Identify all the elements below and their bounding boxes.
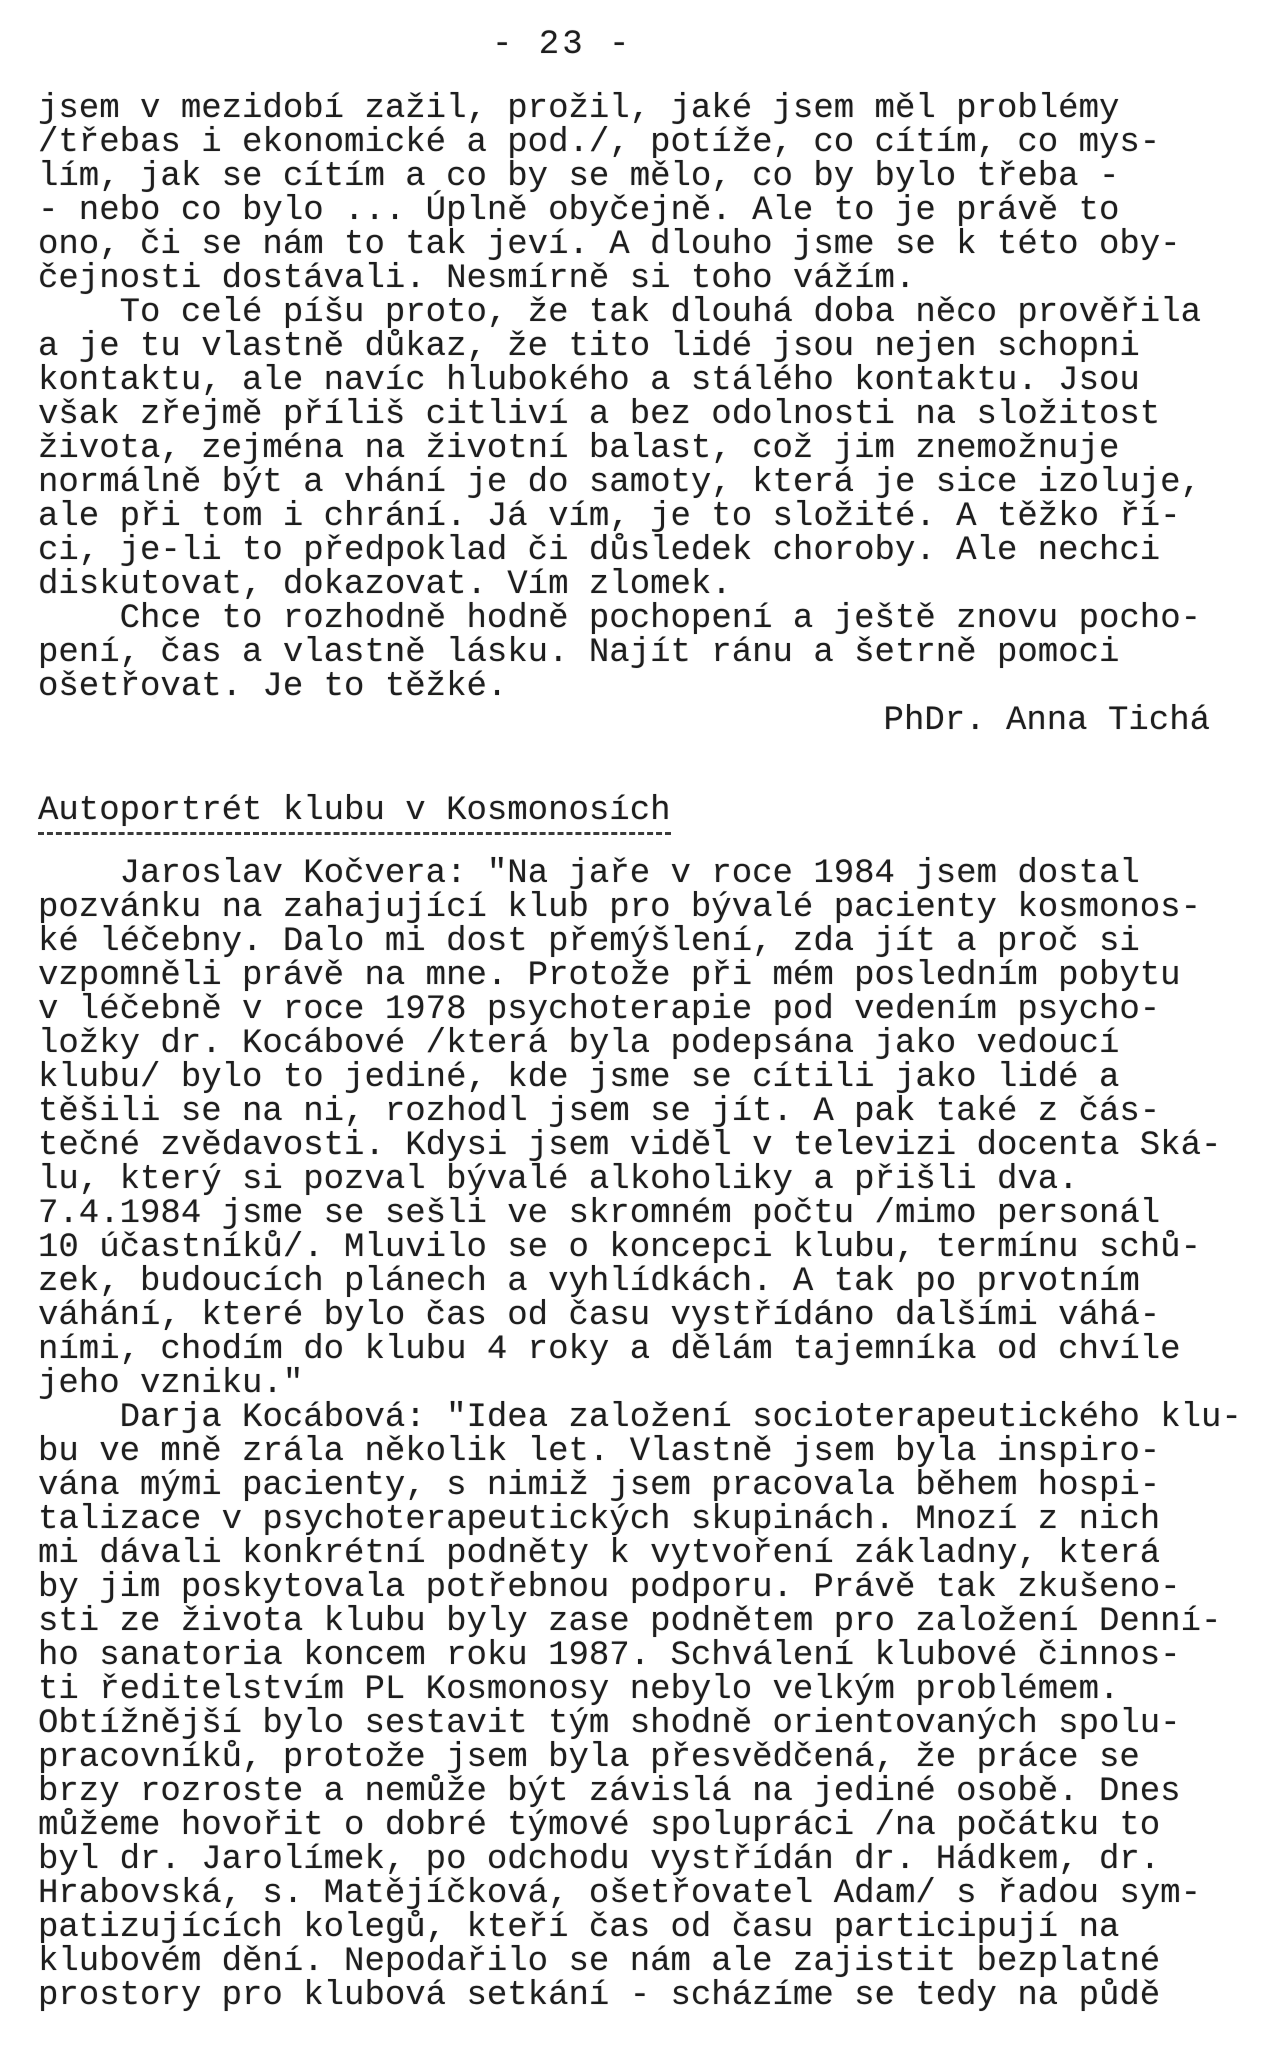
paragraph-continuation: jsem v mezidobí zažil, prožil, jaké jsem… [38,92,1252,296]
text-column: jsem v mezidobí zažil, prožil, jaké jsem… [38,92,1252,2013]
section-heading: Autoportrét klubu v Kosmonosích [38,794,671,835]
paragraph: Chce to rozhodně hodně pochopení a ještě… [38,602,1252,704]
paragraph: Darja Kocábová: "Idea založení sociotera… [38,1401,1252,2013]
signature: PhDr. Anna Tichá [38,704,1252,738]
document-page: - 23 - jsem v mezidobí zažil, prožil, ja… [0,0,1286,2050]
section-heading-row: Autoportrét klubu v Kosmonosích [38,794,1252,835]
page-number: - 23 - [492,26,632,64]
paragraph: Jaroslav Kočvera: "Na jaře v roce 1984 j… [38,857,1252,1401]
paragraph: To celé píšu proto, že tak dlouhá doba n… [38,296,1252,602]
